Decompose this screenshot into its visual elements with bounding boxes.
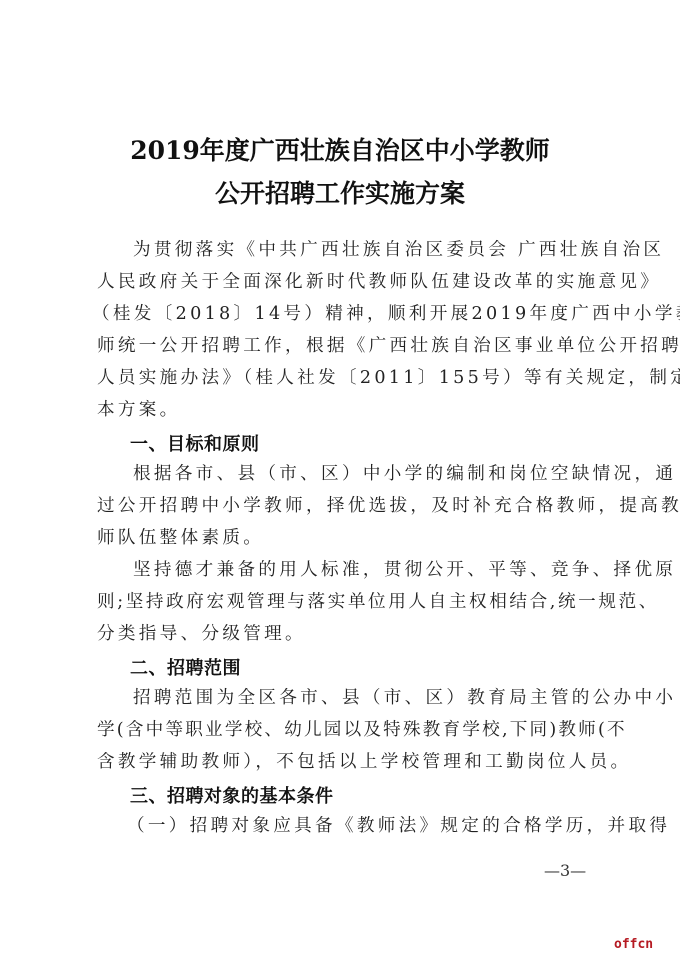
text-line: 为贯彻落实《中共广西壮族自治区委员会 广西壮族自治区 [133, 238, 597, 262]
section-heading-eligibility: 三、招聘对象的基本条件 [130, 782, 334, 808]
text-line: 则;坚持政府宏观管理与落实单位用人自主权相结合,统一规范、 [97, 590, 597, 614]
text-line: （桂发〔2018〕14号）精神，顺利开展2019年度广西中小学教 [92, 302, 592, 326]
watermark-logo: offcn [614, 937, 653, 952]
document-title-line-2: 公开招聘工作实施方案 [0, 174, 680, 210]
section-heading-scope: 二、招聘范围 [130, 654, 241, 680]
text-line: 师队伍整体素质。 [97, 526, 597, 550]
text-line: 坚持德才兼备的用人标准，贯彻公开、平等、竞争、择优原 [133, 558, 597, 582]
text-line: 根据各市、县（市、区）中小学的编制和岗位空缺情况，通 [133, 462, 597, 486]
document-title-line-1: 2019年度广西壮族自治区中小学教师 [0, 131, 680, 167]
page-number: —3— [544, 861, 586, 880]
section-heading-goals: 一、目标和原则 [130, 430, 260, 456]
text-line: 人员实施办法》（桂人社发〔2011〕155号）等有关规定，制定 [97, 366, 597, 390]
text-line: 分类指导、分级管理。 [97, 622, 597, 646]
text-line: 师统一公开招聘工作，根据《广西壮族自治区事业单位公开招聘 [97, 334, 597, 358]
text-line: 本方案。 [97, 398, 597, 422]
text-line: 人民政府关于全面深化新时代教师队伍建设改革的实施意见》 [97, 270, 597, 294]
text-line: 招聘范围为全区各市、县（市、区）教育局主管的公办中小 [133, 686, 597, 710]
text-line: 过公开招聘中小学教师，择优选拔，及时补充合格教师，提高教 [97, 494, 597, 518]
text-line: 含教学辅助教师），不包括以上学校管理和工勤岗位人员。 [97, 750, 597, 774]
text-line: （一）招聘对象应具备《教师法》规定的合格学历，并取得 [127, 814, 597, 838]
text-line: 学(含中等职业学校、幼儿园以及特殊教育学校,下同)教师(不 [97, 718, 597, 742]
